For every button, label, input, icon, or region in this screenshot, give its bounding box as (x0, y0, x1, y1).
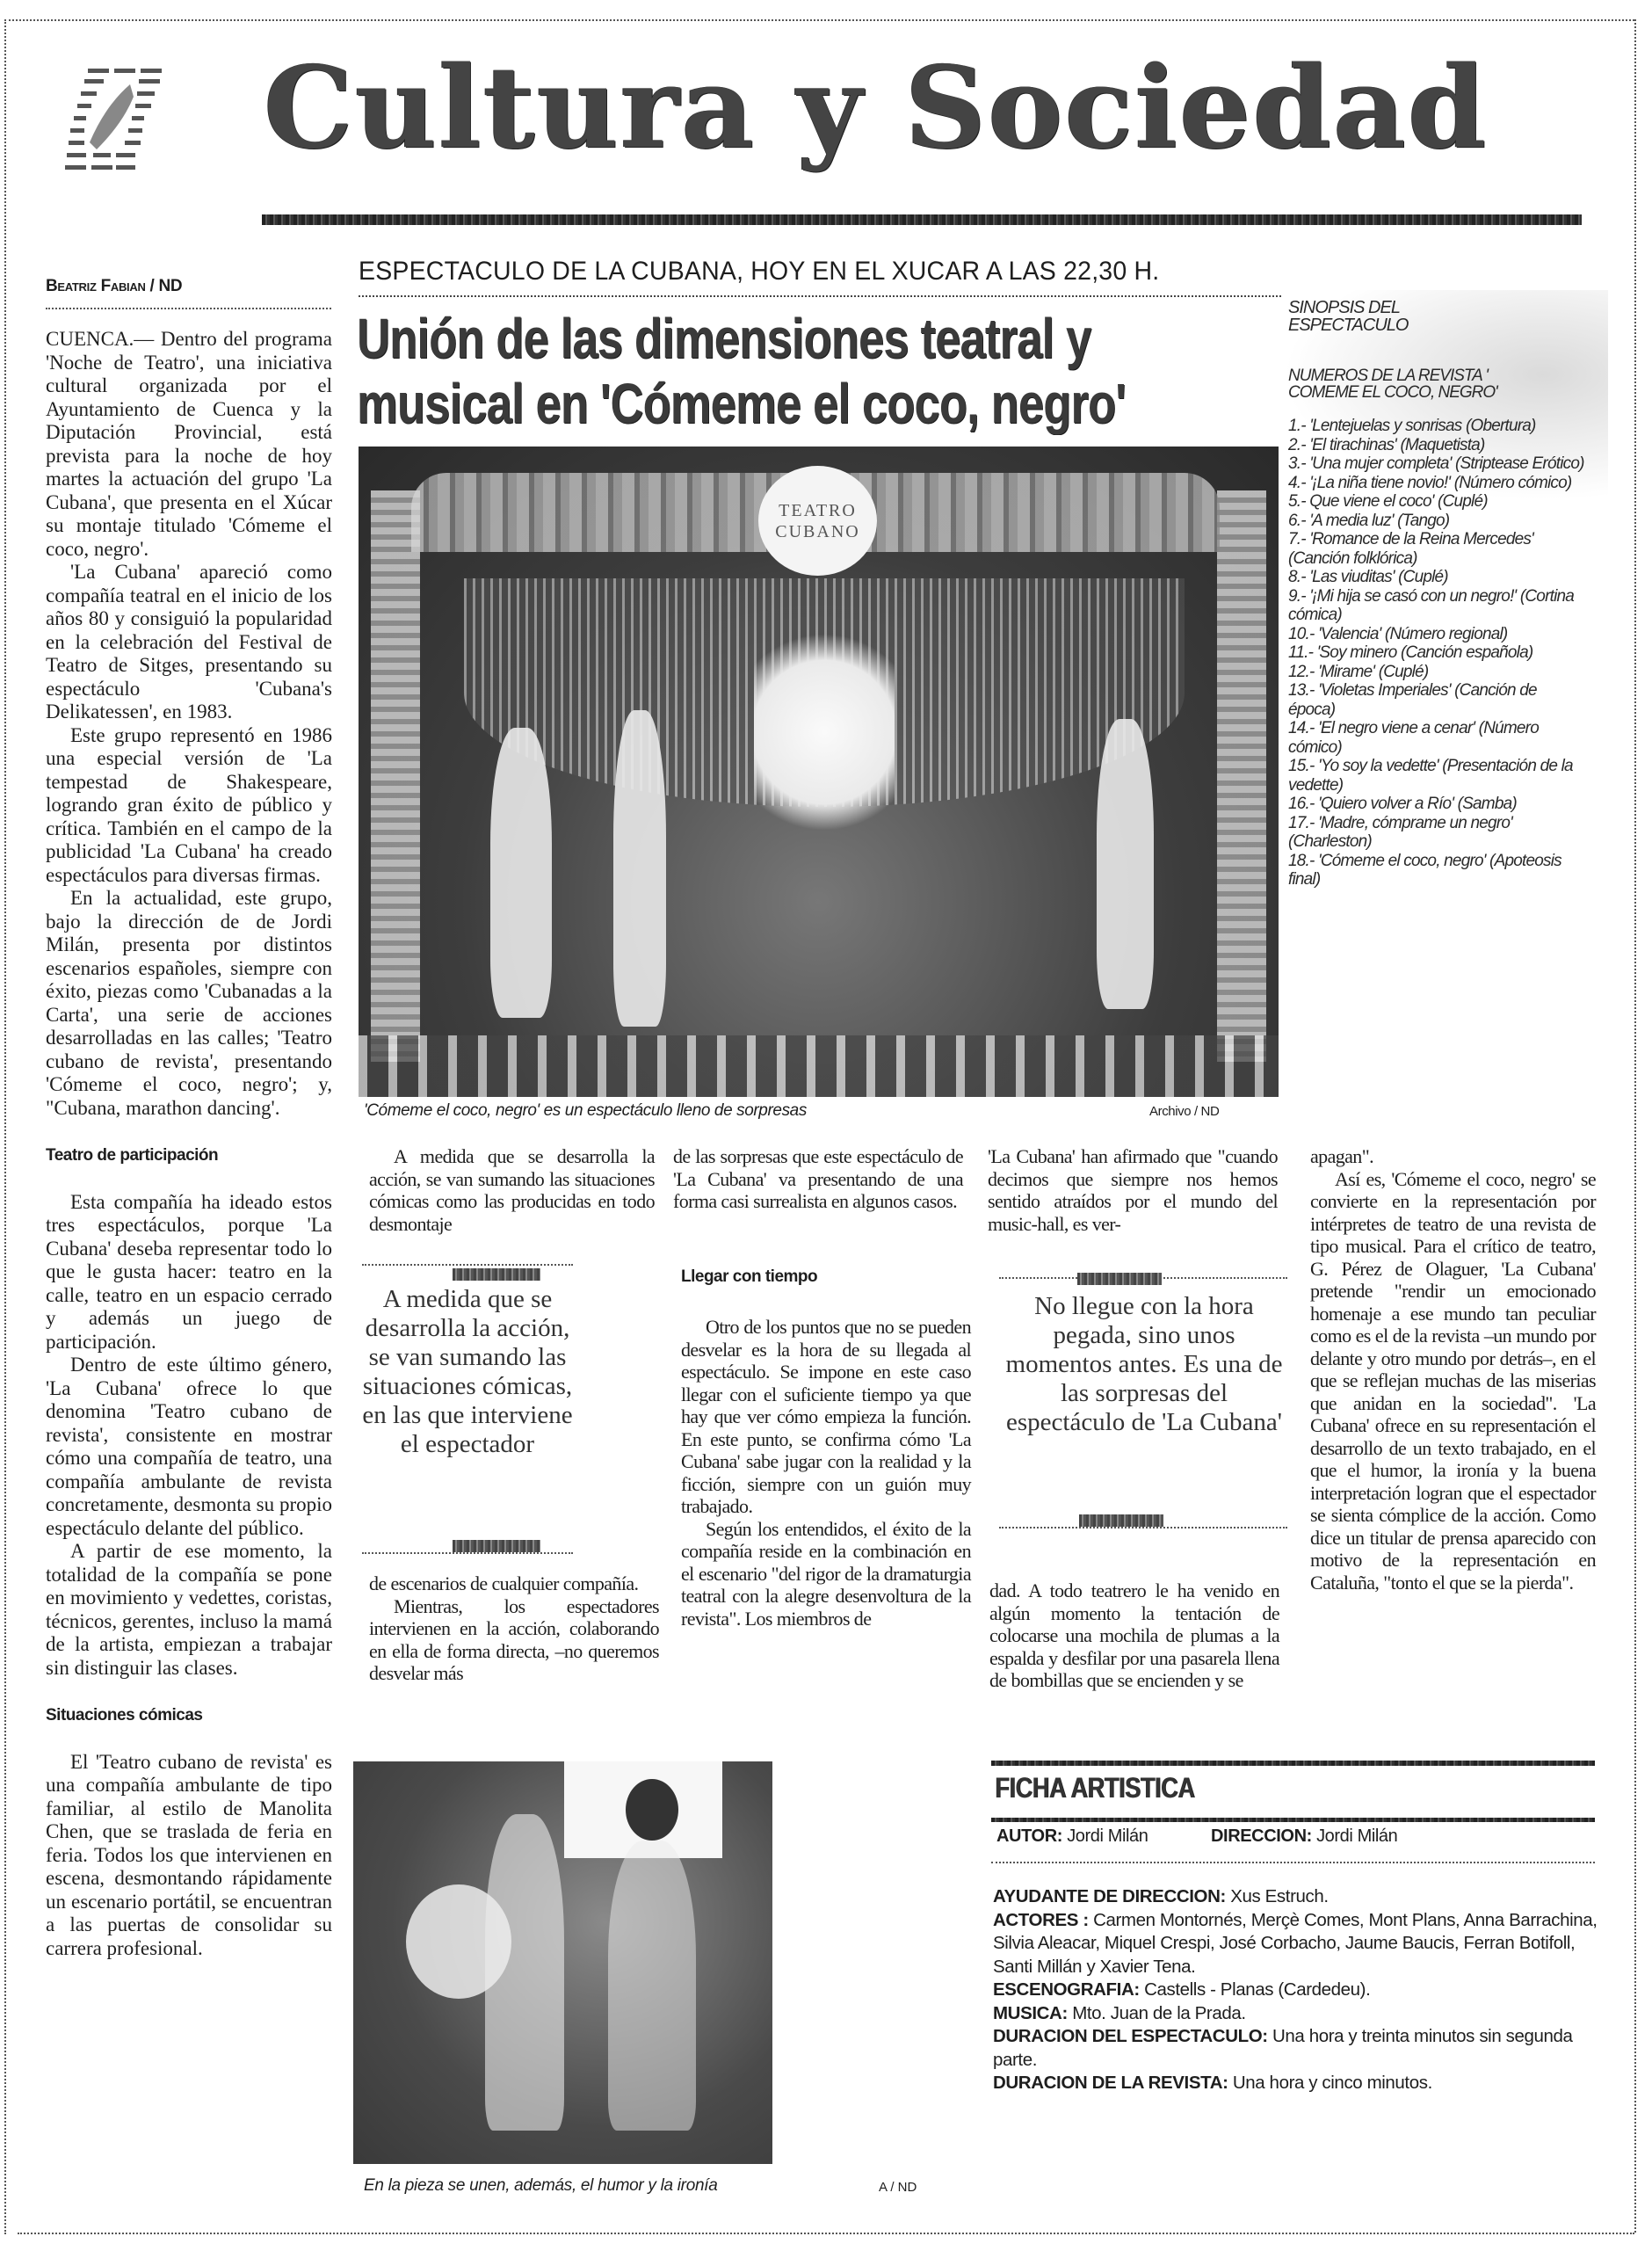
paragraph: dad. A todo teatrero le ha venido en alg… (989, 1579, 1279, 1692)
list-item: 3.- 'Una mujer completa' (Striptease Eró… (1288, 454, 1587, 474)
list-item: 10.- 'Valencia' (Número regional) (1288, 625, 1587, 644)
byline-rule (46, 308, 331, 309)
credit-row: DURACION DE LA REVISTA: Una hora y cinco… (993, 2072, 1599, 2095)
paragraph: CUENCA.— Dentro del programa 'Noche de T… (46, 328, 332, 561)
paragraph: Así es, 'Cómeme el coco, negro' se convi… (1310, 1168, 1596, 1594)
subhead-teatro-participacion: Teatro de participación (46, 1144, 332, 1168)
ficha-rule (991, 1818, 1595, 1822)
page-left-border (4, 19, 6, 2234)
paragraph: El 'Teatro cubano de revista' es una com… (46, 1751, 332, 1961)
credit-row: MUSICA: Mto. Juan de la Prada. (993, 2002, 1599, 2026)
paragraph: apagan". (1310, 1145, 1596, 1168)
list-item: 14.- 'El negro viene a cenar' (Número có… (1288, 719, 1587, 757)
field-label: MUSICA: (993, 2003, 1068, 2023)
list-item: 12.- 'Mirame' (Cuplé) (1288, 663, 1587, 682)
newspaper-logo-icon (53, 62, 211, 185)
ficha-autor: AUTOR: Jordi Milán (996, 1826, 1148, 1847)
paragraph: Según los entendidos, el éxito de la com… (681, 1518, 971, 1630)
field-label: ACTORES : (993, 1910, 1089, 1930)
field-label: AUTOR: (996, 1826, 1062, 1846)
headline-line-2: musical en 'Cómeme el coco, negro' (357, 371, 1120, 436)
list-item: 13.- 'Violetas Imperiales' (Canción de é… (1288, 681, 1587, 719)
paragraph: Dentro de este último género, 'La Cubana… (46, 1354, 332, 1540)
article-column-c-continued: dad. A todo teatrero le ha venido en alg… (989, 1579, 1279, 1692)
list-item: 8.- 'Las viuditas' (Cuplé) (1288, 568, 1587, 587)
pullquote-rule (362, 1552, 573, 1554)
headline-line-1: Unión de las dimensiones teatral y (357, 306, 1120, 371)
performer-figure (1097, 719, 1154, 1009)
credit-row: DURACION DEL ESPECTACULO: Una hora y tre… (993, 2025, 1599, 2072)
revista-numbers-list: 1.- 'Lentejuelas y sonrisas (Obertura) 2… (1288, 417, 1587, 890)
list-item: 16.- 'Quiero volver a Río' (Samba) (1288, 795, 1587, 814)
field-value: Castells - Planas (Cardedeu). (1144, 1979, 1370, 2000)
article-column-a-continued: de escenarios de cualquier compañía. Mie… (369, 1572, 659, 1685)
pullquote-rule (999, 1527, 1287, 1529)
list-item: 9.- '¡Mi hija se casó con un negro!' (Co… (1288, 587, 1587, 625)
field-label: DURACION DE LA REVISTA: (993, 2073, 1228, 2093)
paragraph: Mientras, los espectadores intervienen e… (369, 1595, 659, 1685)
article-column-b-continued: Otro de los puntos que no se pueden desv… (681, 1316, 971, 1630)
field-value: Jordi Milán (1316, 1826, 1397, 1846)
section-title: Cultura y Sociedad (264, 42, 1488, 174)
ficha-rule (991, 1862, 1595, 1863)
pullquote-rule (362, 1264, 573, 1266)
sign-line: TEATRO (779, 500, 857, 521)
sinopsis-sidebar: SINOPSIS DEL ESPECTACULO NUMEROS DE LA R… (1288, 299, 1587, 890)
paragraph: 'La Cubana' apareció como compañía teatr… (46, 561, 332, 724)
performer-figure (485, 1814, 564, 2131)
byline: Beatriz Fabian / ND (46, 277, 182, 296)
article-column-a: A medida que se desarrolla la acción, se… (369, 1145, 655, 1235)
field-label: DIRECCION: (1211, 1826, 1312, 1846)
headline: Unión de las dimensiones teatral y music… (357, 306, 1120, 436)
page-top-rule (4, 19, 1634, 21)
credit-row: ACTORES : Carmen Montornés, Merçè Comes,… (993, 1909, 1599, 1979)
field-value: Mto. Juan de la Prada. (1072, 2003, 1245, 2023)
field-value: Xus Estruch. (1230, 1886, 1328, 1906)
list-item: 17.- 'Madre, cómprame un negro' (Charles… (1288, 814, 1587, 852)
stage-photo: TEATRO CUBANO (359, 447, 1279, 1097)
paragraph: A partir de ese momento, la totalidad de… (46, 1540, 332, 1680)
paragraph: Este grupo representó en 1986 una especi… (46, 724, 332, 888)
list-item: 15.- 'Yo soy la vedette' (Presentación d… (1288, 757, 1587, 795)
paragraph: En la actualidad, este grupo, bajo la di… (46, 887, 332, 1120)
pullquote-bar (453, 1540, 540, 1552)
pullquote-bar (1077, 1273, 1162, 1285)
ficha-credits: AYUDANTE DE DIRECCION: Xus Estruch. ACTO… (993, 1885, 1599, 2095)
teatro-cubano-sign: TEATRO CUBANO (758, 466, 877, 576)
kicker: ESPECTACULO DE LA CUBANA, HOY EN EL XUCA… (359, 257, 1159, 287)
page-right-border (1634, 19, 1636, 2233)
sinopsis-subheading: NUMEROS DE LA REVISTA ' (1288, 367, 1587, 384)
list-item: 2.- 'El tirachinas' (Maquetista) (1288, 436, 1587, 455)
article-column-c: 'La Cubana' han afirmado que "cuando dec… (988, 1145, 1278, 1235)
performer-figure (613, 710, 666, 1027)
masthead-rule (262, 214, 1582, 225)
article-column-b: de las sorpresas que este espectáculo de… (673, 1145, 963, 1213)
list-item: 1.- 'Lentejuelas y sonrisas (Obertura) (1288, 417, 1587, 436)
kicker-rule (359, 295, 1281, 297)
article-column-d: apagan". Así es, 'Cómeme el coco, negro'… (1310, 1145, 1596, 1594)
subhead-situaciones-comicas: Situaciones cómicas (46, 1704, 332, 1728)
sinopsis-heading: ESPECTACULO (1288, 316, 1587, 334)
sinopsis-heading: SINOPSIS DEL (1288, 299, 1587, 316)
list-item: 18.- 'Cómeme el coco, negro' (Apoteosis … (1288, 852, 1587, 890)
photo-decor (1217, 490, 1266, 1062)
subhead-llegar-con-tiempo: Llegar con tiempo (681, 1267, 817, 1287)
pullquote-bar (1079, 1514, 1163, 1527)
credit-row: AYUDANTE DE DIRECCION: Xus Estruch. (993, 1885, 1599, 1909)
field-label: DURACION DEL ESPECTACULO: (993, 2026, 1268, 2046)
ficha-title: FICHA ARTISTICA (995, 1772, 1194, 1804)
list-item: 7.- 'Romance de la Reina Mercedes' (Canc… (1288, 530, 1587, 568)
list-item: 11.- 'Soy minero (Canción española) (1288, 643, 1587, 663)
photo-credit: Archivo / ND (1149, 1104, 1219, 1119)
field-label: AYUDANTE DE DIRECCION: (993, 1886, 1226, 1906)
photo-credit: A / ND (879, 2180, 917, 2195)
paragraph: 'La Cubana' han afirmado que "cuando dec… (988, 1145, 1278, 1235)
photo-caption: 'Cómeme el coco, negro' es un espectácul… (364, 1101, 807, 1121)
photo-caption: En la pieza se unen, además, el humor y … (364, 2176, 717, 2196)
paragraph: Otro de los puntos que no se pueden desv… (681, 1316, 971, 1518)
paragraph: Esta compañía ha ideado estos tres espec… (46, 1191, 332, 1354)
performer-figure (608, 1841, 696, 2131)
field-label: ESCENOGRAFIA: (993, 1979, 1140, 2000)
performers-photo (353, 1761, 772, 2164)
list-item: 6.- 'A media luz' (Tango) (1288, 512, 1587, 531)
photo-decor (371, 490, 420, 1062)
ficha-direccion: DIRECCION: Jordi Milán (1211, 1826, 1397, 1847)
performer-figure (490, 728, 552, 1018)
paragraph: de escenarios de cualquier compañía. (369, 1572, 659, 1595)
credit-row: ESCENOGRAFIA: Castells - Planas (Cardede… (993, 1979, 1599, 2002)
paragraph: A medida que se desarrolla la acción, se… (369, 1145, 655, 1235)
paragraph: de las sorpresas que este espectáculo de… (673, 1145, 963, 1213)
article-left-column: CUENCA.— Dentro del programa 'Noche de T… (46, 328, 332, 1960)
performer-head (626, 1779, 678, 1841)
pullquote-2: No llegue con la hora pegada, sino unos … (999, 1292, 1289, 1437)
sign-line: CUBANO (775, 521, 859, 542)
photo-decor (754, 622, 895, 842)
pullquote-bar (453, 1268, 540, 1281)
field-value: Jordi Milán (1067, 1826, 1148, 1846)
field-value: Una hora y cinco minutos. (1233, 2073, 1432, 2093)
ficha-rule (991, 1761, 1595, 1766)
pullquote-1: A medida que se desarrolla la acción, se… (362, 1285, 573, 1459)
list-item: 4.- '¡La niña tiene novio!' (Número cómi… (1288, 474, 1587, 493)
list-item: 5.- Que viene el coco' (Cuplé) (1288, 492, 1587, 512)
page-bottom-border (18, 2233, 1634, 2234)
photo-decor (359, 1035, 1279, 1097)
sinopsis-subheading: COMEME EL COCO, NEGRO' (1288, 384, 1587, 401)
